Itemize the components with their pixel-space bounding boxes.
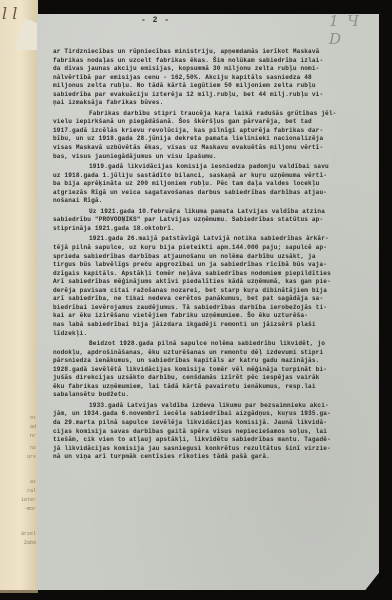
text-line: stiprināja 1921.gada 18.oktobrī. bbox=[53, 225, 365, 234]
text-line: da divas jaunas akciju emisijas, kopsumm… bbox=[53, 65, 365, 74]
text-line: bas, visus jauniegādājumus un visu īpašu… bbox=[53, 153, 365, 162]
underlying-fragment: nr bbox=[30, 432, 36, 441]
underlying-fragment: urs bbox=[27, 453, 36, 462]
text-line: nošanai Rīgā. bbox=[53, 197, 365, 206]
text-line: da 29.marta pilnā sapulce ievēlēja likvi… bbox=[53, 419, 365, 428]
text-line: uz 1918.gada 1.jūliju sastādīto bilanci,… bbox=[53, 172, 365, 181]
text-line: vielu iepirkšanā un piegādāšanā. Šos škē… bbox=[53, 118, 365, 127]
text-line: ņai izmaksāja fabrikas būves. bbox=[53, 99, 365, 108]
text-line: sprieda sabiedrības darbības atjaunošanu… bbox=[53, 253, 365, 262]
text-line: fabrikas nodaļas un uzcelt fabrikas ēkas… bbox=[53, 57, 365, 66]
underlying-fragment: ral bbox=[27, 487, 36, 496]
text-line: arī sabiedrība, ne tikai nedeva cerētos … bbox=[53, 295, 365, 304]
text-line: tirgus būs labvēlīgs preču apgrozībai un… bbox=[53, 261, 365, 270]
underlying-fragment: at bbox=[30, 478, 36, 487]
underlying-page-mark: l l bbox=[2, 4, 17, 23]
text-line: cijas komisija savas darbības gaitā spēr… bbox=[53, 428, 365, 437]
underlying-page: l l ot ad nr nz urs at ral ieter -mor ār… bbox=[0, 0, 38, 593]
text-line: kai ar ēku izīrēšanu vietējiem fabriku u… bbox=[53, 312, 365, 321]
text-line: ēku fabrikas uzņēmumiem, lai tādā kārtā … bbox=[53, 383, 365, 392]
underlying-fragment: ārzel bbox=[21, 530, 36, 539]
text-line: 1933.gadā Latvijas valdība izdeva likumu… bbox=[53, 402, 365, 411]
text-line: nālvērtībā par emisijas cenu - 162,50%. … bbox=[53, 74, 365, 83]
text-line: Fabrikas darbību stipri traucēja kaŗa la… bbox=[53, 110, 365, 119]
archive-handwritten-mark: 1 Ч D bbox=[329, 12, 379, 48]
text-line: nodokļu, apdrošināšanas, ēku uzturēšanas… bbox=[53, 349, 365, 358]
underlying-fragment: ieter bbox=[21, 496, 36, 505]
text-line: miljonus zelta rubļu. No tādā kārtā iegū… bbox=[53, 82, 365, 91]
text-line: biedrībai ievērojamus zaudējumus. Tā sab… bbox=[53, 304, 365, 313]
text-line: sabalansētu budžetu. bbox=[53, 391, 365, 400]
text-line: tiešām, cik vien to atļauj apstākļi, lik… bbox=[53, 436, 365, 445]
underlying-fragment: -mor bbox=[24, 505, 36, 514]
text-line: 1928.gadā ievēlētā likvidācijas komisija… bbox=[53, 366, 365, 375]
text-line: jā likvidācijas komisija jau sasniegusi … bbox=[53, 445, 365, 454]
text-line: ar Tirdzniecības un rūpniecības ministri… bbox=[53, 48, 365, 57]
underlying-fragment: Zabā bbox=[24, 539, 36, 548]
text-line: atgriezās Rīgā un veica sagatavošanas da… bbox=[53, 189, 365, 198]
text-line: Beidzot 1928.gada pilnā sapulce nolēma s… bbox=[53, 340, 365, 349]
document-page: - 2 - 1 Ч D ar Tirdzniecības un rūpniecī… bbox=[37, 14, 379, 590]
text-line: Uz 1921.gada 10.februāŗa likuma pamata L… bbox=[53, 208, 365, 217]
text-line: sabiedrību "PROVODŅIKS" par Latvijas uzņ… bbox=[53, 216, 365, 225]
text-line: sabiedrība par evakuāciju izterēja 12 mi… bbox=[53, 91, 365, 100]
text-line: Arī sabiedrības mēģinājums aktīvi piedal… bbox=[53, 278, 365, 287]
text-line: jām, un 1934.gada 6.novembrī iecēla sabi… bbox=[53, 410, 365, 419]
underlying-fragment: ad bbox=[30, 423, 36, 432]
text-line: nas labā sabiedrībai bija jāizdara ikgad… bbox=[53, 321, 365, 330]
document-body: ar Tirdzniecības un rūpniecības ministri… bbox=[53, 48, 365, 462]
page-number: - 2 - bbox=[141, 16, 170, 25]
text-line: nā un viņa arī turpmāk centīsies rīkotie… bbox=[53, 453, 365, 462]
text-line: 1921.gada 26.maijā patstāvīgā Latvijā no… bbox=[53, 235, 365, 244]
text-line: 1919.gadā likvidācijas komisija iesniedz… bbox=[53, 163, 365, 172]
text-line: visas Maskavā uzbūvētās ēkas, visas uz M… bbox=[53, 144, 365, 153]
text-line: bību, un uz 1918.gada 28.jūnija dekreta … bbox=[53, 135, 365, 144]
text-line: derēja pavisam citai ražošanas nozarei, … bbox=[53, 287, 365, 296]
text-line: 1917.gadā izcēlās krievu revolūcija, kas… bbox=[53, 127, 365, 136]
text-line: tējā pilnā sapulce, uz kuŗu bija pieteik… bbox=[53, 244, 365, 253]
underlying-fragment: ot bbox=[30, 414, 36, 423]
text-line: līdzekļi. bbox=[53, 330, 365, 339]
text-line: pārsniedza ienākumus, un sabiedrības kap… bbox=[53, 357, 365, 366]
text-line: jušās direkcijas uzsākto darbību, cenšda… bbox=[53, 374, 365, 383]
text-line: ba bija aprēķināta uz 200 miljoniem rubļ… bbox=[53, 180, 365, 189]
underlying-fragment: nz bbox=[30, 444, 36, 453]
text-line: dzīgais kapitāls. Apstākļi tomēr neļāva … bbox=[53, 270, 365, 279]
